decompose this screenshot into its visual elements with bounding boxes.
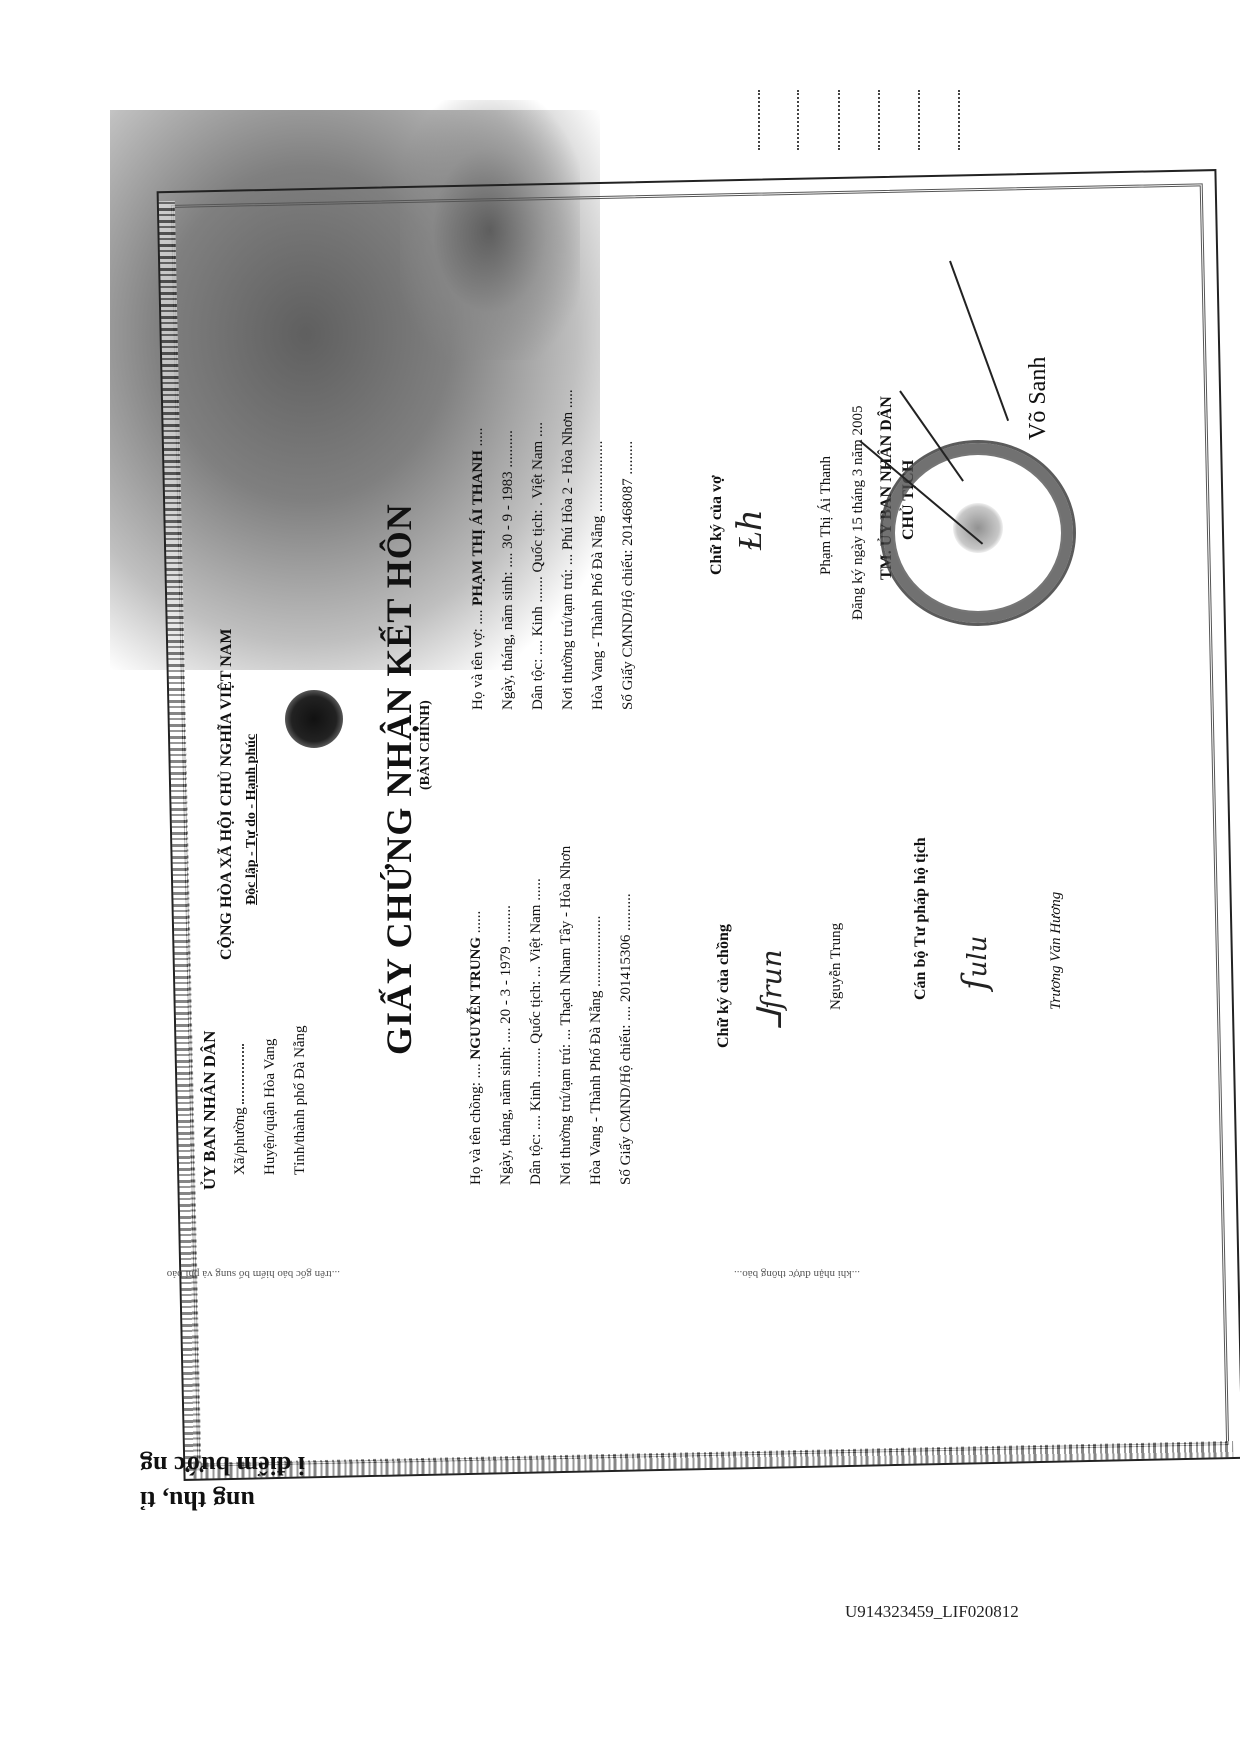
document-title: GIẤY CHỨNG NHẬN KẾT HÔN bbox=[378, 503, 420, 1055]
republic-name: CỘNG HÒA XÃ HỘI CHỦ NGHĨA VIỆT NAM bbox=[218, 629, 236, 960]
dotted-line bbox=[878, 90, 880, 150]
district-field: Huyện/quận Hòa Vang bbox=[262, 1039, 279, 1175]
chairman-name: Võ Sanh bbox=[1025, 357, 1052, 440]
dotted-line bbox=[758, 90, 760, 150]
husband-name-field: Họ và tên chồng: .... NGUYỄN TRUNG .....… bbox=[468, 911, 485, 1185]
province-value: Đà Nẵng bbox=[292, 1025, 308, 1079]
document-footer-id: U914323459_LIF020812 bbox=[845, 1602, 1019, 1622]
national-motto: Độc lập - Tự do - Hạnh phúc bbox=[244, 734, 260, 905]
certificate-frame bbox=[157, 169, 1240, 1481]
husband-residence-line2: Hòa Vang - Thành Phố Đà Nẵng ...........… bbox=[588, 916, 605, 1185]
wife-signature: Ɫℎ bbox=[730, 509, 770, 550]
husband-dob: 20 - 3 - 1979 bbox=[498, 946, 514, 1024]
wife-dob: 30 - 9 - 1983 bbox=[500, 471, 516, 549]
seal-emblem-icon bbox=[953, 503, 1003, 553]
province-field: Tỉnh/thành phố Đà Nẵng bbox=[292, 1025, 309, 1175]
registrar-label: Cán bộ Tư pháp hộ tịch bbox=[912, 837, 930, 1000]
husband-name: NGUYỄN TRUNG bbox=[468, 937, 484, 1060]
ward-field: Xã/phường bbox=[232, 1044, 249, 1175]
dotted-fill bbox=[242, 1044, 244, 1104]
husband-signature: ᒧſrun bbox=[750, 949, 790, 1030]
document-subtitle: (BẢN CHÍNH) bbox=[418, 700, 434, 790]
official-seal-icon bbox=[880, 440, 1076, 626]
husband-ethnicity-field: Dân tộc: .... Kinh ........ Quốc tịch: .… bbox=[528, 878, 545, 1185]
wife-residence-line2: Hòa Vang - Thành Phố Đà Nẵng ...........… bbox=[590, 441, 607, 710]
dotted-line bbox=[797, 90, 799, 150]
wife-printed-name: Phạm Thị Ái Thanh bbox=[818, 456, 835, 575]
issuing-org: ỦY BAN NHÂN DÂN bbox=[200, 1031, 220, 1190]
husband-residence-1: Thạch Nham Tây - Hòa Nhơn bbox=[558, 846, 574, 1026]
dotted-line bbox=[838, 90, 840, 150]
wife-ethnicity-field: Dân tộc: .... Kinh ....... Quốc tịch: . … bbox=[530, 422, 547, 710]
wife-nationality: Việt Nam bbox=[530, 441, 546, 499]
wife-name: PHẠM THỊ ÁI THANH bbox=[470, 450, 486, 606]
dotted-line bbox=[958, 90, 960, 150]
registration-date: Đăng ký ngày 15 tháng 3 năm 2005 bbox=[850, 405, 867, 620]
husband-signature-label: Chữ ký của chồng bbox=[715, 924, 733, 1048]
wife-name-field: Họ và tên vợ: .... PHẠM THỊ ÁI THANH ...… bbox=[470, 428, 487, 710]
husband-nationality: Việt Nam bbox=[528, 905, 544, 963]
wife-ethnicity: Kinh bbox=[530, 606, 546, 636]
wife-residence-field: Nơi thường trú/tạm trú: ... Phú Hòa 2 - … bbox=[560, 389, 577, 710]
wife-signature-label: Chữ ký của vợ bbox=[708, 475, 726, 575]
bleed-text: ...trên gốc bảo hiểm bổ sung và phí bảo bbox=[167, 1268, 340, 1280]
bleed-text: ung thu, tỉ bbox=[140, 1485, 255, 1515]
bleed-text: i điểm bước ng bbox=[140, 1450, 305, 1480]
ward-label: Xã/phường bbox=[232, 1107, 248, 1175]
husband-id: 201415306 bbox=[618, 935, 634, 1003]
husband-residence-field: Nơi thường trú/tạm trú: ... Thạch Nham T… bbox=[558, 846, 575, 1185]
wife-dob-field: Ngày, tháng, năm sinh: .... 30 - 9 - 198… bbox=[500, 430, 517, 710]
registrar-printed-name: Trương Văn Hương bbox=[1048, 892, 1065, 1010]
district-label: Huyện/quận bbox=[262, 1102, 278, 1175]
dotted-line bbox=[918, 90, 920, 150]
district-value: Hòa Vang bbox=[262, 1039, 278, 1098]
husband-id-field: Số Giấy CMND/Hộ chiếu: .... 201415306 ..… bbox=[618, 893, 635, 1185]
wife-residence-1: Phú Hòa 2 - Hòa Nhơn bbox=[560, 412, 576, 550]
province-label: Tỉnh/thành phố bbox=[292, 1083, 308, 1175]
husband-dob-field: Ngày, tháng, năm sinh: .... 20 - 3 - 197… bbox=[498, 905, 515, 1185]
wife-id: 201468087 bbox=[620, 478, 636, 546]
registrar-signature: ſulu bbox=[955, 936, 995, 990]
bleed-text: ...khi nhận được thông báo... bbox=[734, 1268, 860, 1280]
husband-printed-name: Nguyễn Trung bbox=[828, 923, 845, 1010]
husband-ethnicity: Kinh bbox=[528, 1081, 544, 1111]
national-emblem-icon bbox=[285, 690, 343, 748]
wife-id-field: Số Giấy CMND/Hộ chiếu: 201468087 .......… bbox=[620, 441, 637, 710]
